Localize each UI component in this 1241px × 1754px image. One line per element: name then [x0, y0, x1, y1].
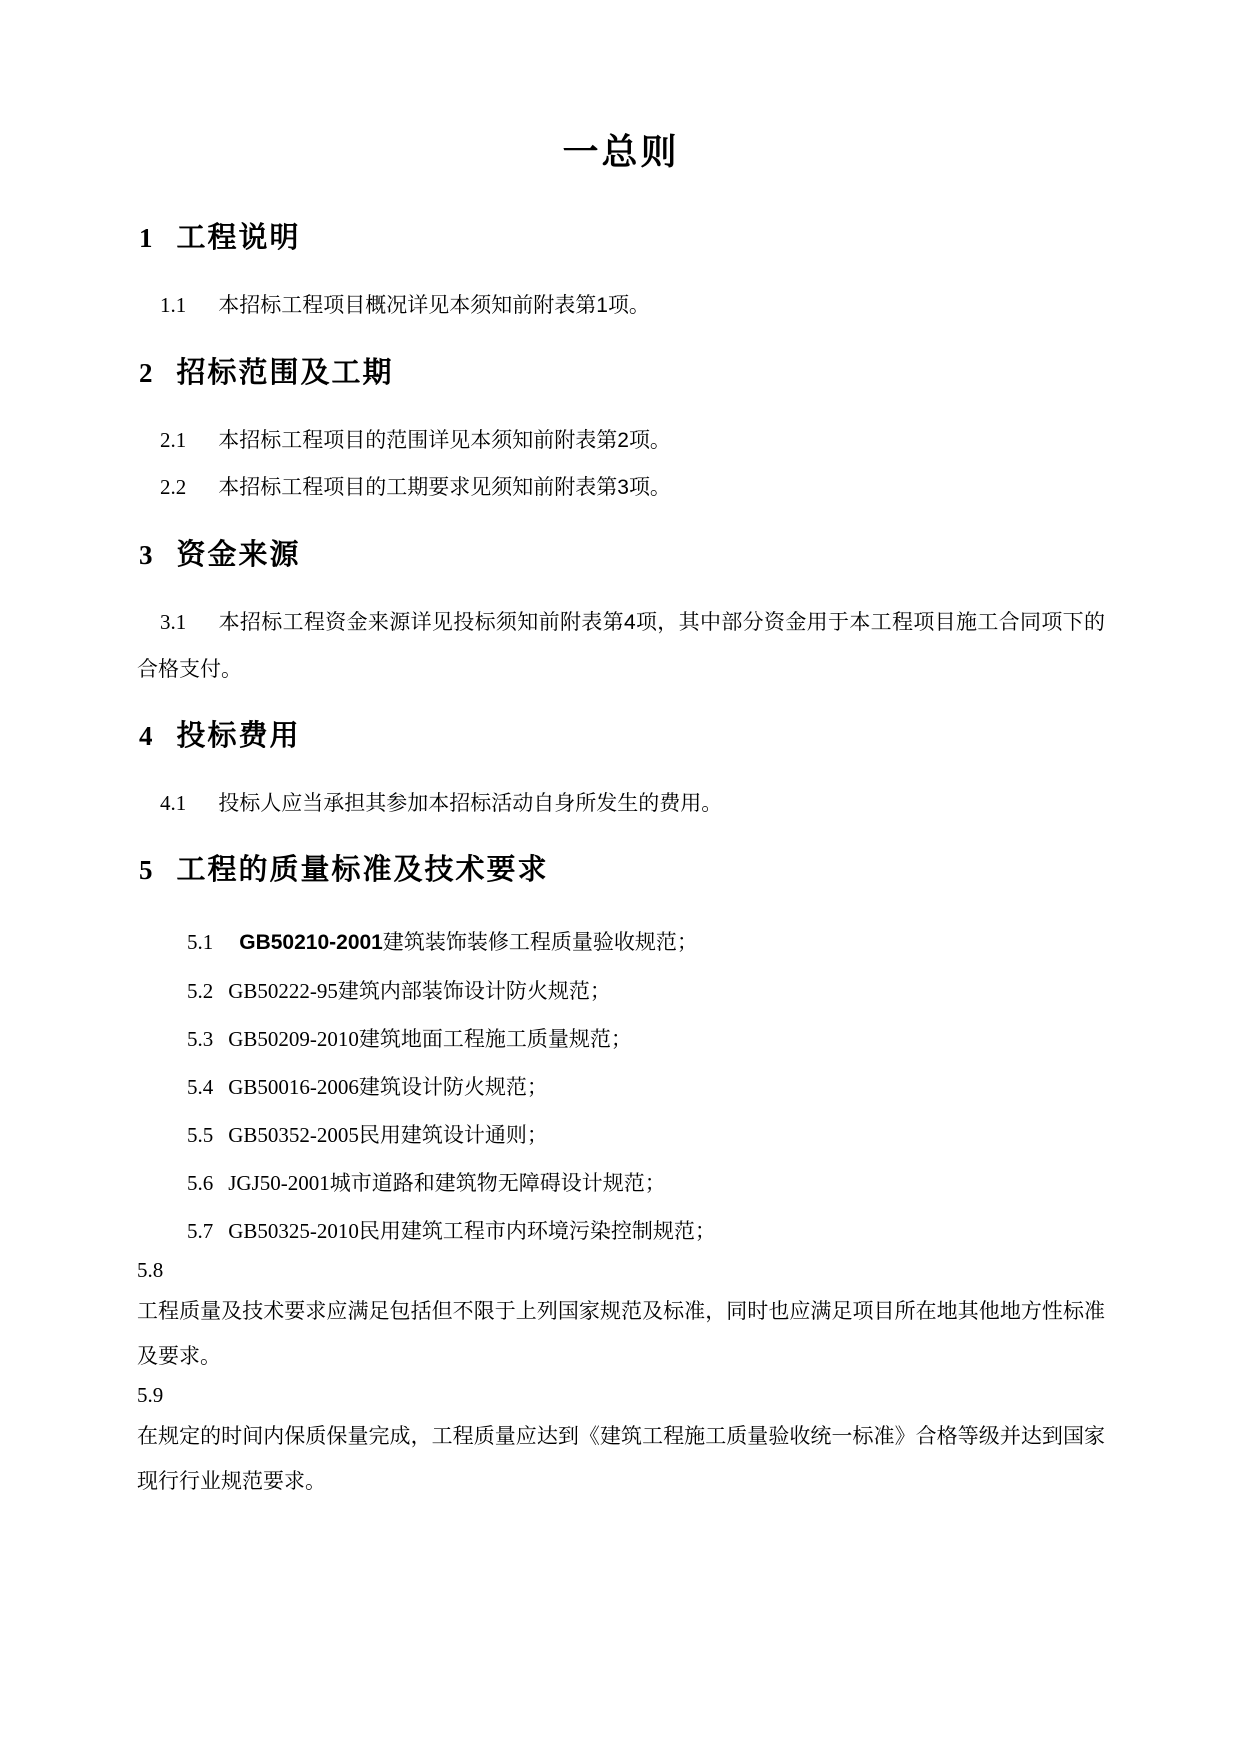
section-2: 2招标范围及工期 2.1本招标工程项目的范围详见本须知前附表第2项。 2.2本招…: [137, 329, 1105, 511]
section-title: 投标费用: [177, 720, 301, 752]
clause-text: 投标人应当承担其参加本招标活动自身所发生的费用。: [218, 791, 722, 815]
standard-code: GB50209-2010: [228, 1027, 359, 1051]
document-page: 一总则 1工程说明 1.1本招标工程项目概况详见本须知前附表第1项。 2招标范围…: [0, 0, 1241, 1754]
clause-number: 3.1: [160, 610, 186, 634]
standard-number: 5.5: [187, 1123, 213, 1147]
standard-text: 城市道路和建筑物无障碍设计规范；: [330, 1171, 666, 1195]
standard-code: GB50016-2006: [228, 1075, 359, 1099]
paragraph-number-5-9: 5.9: [137, 1373, 1105, 1417]
standard-text: 建筑内部装饰设计防火规范；: [338, 979, 611, 1003]
section-number: 1: [139, 223, 153, 253]
clause-text: 项。: [629, 428, 671, 452]
standard-number: 5.2: [187, 979, 213, 1003]
standard-number: 5.3: [187, 1027, 213, 1051]
paragraph-number-5-8: 5.8: [137, 1248, 1105, 1292]
clause-2-2: 2.2本招标工程项目的工期要求见须知前附表第3项。: [137, 464, 1105, 511]
clause-text: 本招标工程项目概况详见本须知前附表第: [218, 293, 596, 317]
section-4-heading: 4投标费用: [137, 720, 1105, 757]
standard-text: 民用建筑工程市内环境污染控制规范；: [359, 1219, 716, 1243]
clause-text: 项。: [608, 293, 650, 317]
standard-number: 5.4: [187, 1075, 213, 1099]
standard-number: 5.1: [187, 930, 213, 954]
ref-number: 4: [624, 611, 636, 634]
clause-text: 本招标工程项目的范围详见本须知前附表第: [218, 428, 617, 452]
section-5: 5工程的质量标准及技术要求 5.1GB50210-2001建筑装饰装修工程质量验…: [137, 826, 1105, 1504]
clause-text: 项。: [629, 475, 671, 499]
standard-text: 建筑地面工程施工质量规范；: [359, 1027, 632, 1051]
section-3-heading: 3资金来源: [137, 539, 1105, 576]
section-title: 招标范围及工期: [177, 357, 394, 389]
ref-number: 3: [617, 476, 629, 499]
standard-code: JGJ50-2001: [228, 1171, 330, 1195]
standard-item-5-1: 5.1GB50210-2001建筑装饰装修工程质量验收规范；: [137, 919, 1105, 966]
standard-text: 民用建筑设计通则；: [359, 1123, 548, 1147]
section-title: 工程说明: [177, 222, 301, 254]
clause-3-1: 3.1本招标工程资金来源详见投标须知前附表第4项，其中部分资金用于本工程项目施工…: [137, 599, 1105, 692]
section-2-heading: 2招标范围及工期: [137, 357, 1105, 394]
section-1: 1工程说明 1.1本招标工程项目概况详见本须知前附表第1项。: [137, 194, 1105, 329]
standard-number: 5.7: [187, 1219, 213, 1243]
section-5-heading: 5工程的质量标准及技术要求: [137, 854, 1105, 891]
standard-item-5-6: 5.6JGJ50-2001城市道路和建筑物无障碍设计规范；: [137, 1160, 1105, 1206]
section-title: 资金来源: [177, 539, 301, 571]
clause-number: 4.1: [160, 791, 186, 815]
standard-text: 建筑设计防火规范；: [359, 1075, 548, 1099]
paragraph-text-5-8: 工程质量及技术要求应满足包括但不限于上列国家规范及标准，同时也应满足项目所在地其…: [137, 1289, 1105, 1379]
section-1-heading: 1工程说明: [137, 222, 1105, 259]
clause-number: 2.2: [160, 475, 186, 499]
clause-text: 本招标工程项目的工期要求见须知前附表第: [218, 475, 617, 499]
section-number: 3: [139, 540, 153, 570]
standard-code: GB50210-2001: [239, 931, 383, 954]
clause-text: 本招标工程资金来源详见投标须知前附表第: [218, 610, 624, 634]
section-number: 5: [139, 855, 153, 885]
standard-text: 建筑装饰装修工程质量验收规范；: [383, 930, 698, 954]
section-3: 3资金来源 3.1本招标工程资金来源详见投标须知前附表第4项，其中部分资金用于本…: [137, 511, 1105, 692]
standard-code: GB50352-2005: [228, 1123, 359, 1147]
clause-1-1: 1.1本招标工程项目概况详见本须知前附表第1项。: [137, 282, 1105, 329]
standard-number: 5.6: [187, 1171, 213, 1195]
section-4: 4投标费用 4.1投标人应当承担其参加本招标活动自身所发生的费用。: [137, 692, 1105, 826]
standard-item-5-4: 5.4GB50016-2006建筑设计防火规范；: [137, 1064, 1105, 1110]
section-title: 工程的质量标准及技术要求: [177, 854, 549, 886]
standard-code: GB50325-2010: [228, 1219, 359, 1243]
clause-2-1: 2.1本招标工程项目的范围详见本须知前附表第2项。: [137, 417, 1105, 464]
clause-number: 2.1: [160, 428, 186, 452]
standard-code: GB50222-95: [228, 979, 338, 1003]
doc-title: 一总则: [137, 132, 1105, 172]
section-number: 4: [139, 721, 153, 751]
standard-item-5-3: 5.3GB50209-2010建筑地面工程施工质量规范；: [137, 1016, 1105, 1062]
ref-number: 1: [596, 294, 608, 317]
standards-list: 5.1GB50210-2001建筑装饰装修工程质量验收规范； 5.2GB5022…: [137, 919, 1105, 1254]
clause-4-1: 4.1投标人应当承担其参加本招标活动自身所发生的费用。: [137, 780, 1105, 826]
standard-item-5-5: 5.5GB50352-2005民用建筑设计通则；: [137, 1112, 1105, 1158]
standard-item-5-2: 5.2GB50222-95建筑内部装饰设计防火规范；: [137, 968, 1105, 1014]
section-number: 2: [139, 358, 153, 388]
ref-number: 2: [617, 429, 629, 452]
paragraph-text-5-9: 在规定的时间内保质保量完成，工程质量应达到《建筑工程施工质量验收统一标准》合格等…: [137, 1414, 1105, 1504]
clause-number: 1.1: [160, 293, 186, 317]
